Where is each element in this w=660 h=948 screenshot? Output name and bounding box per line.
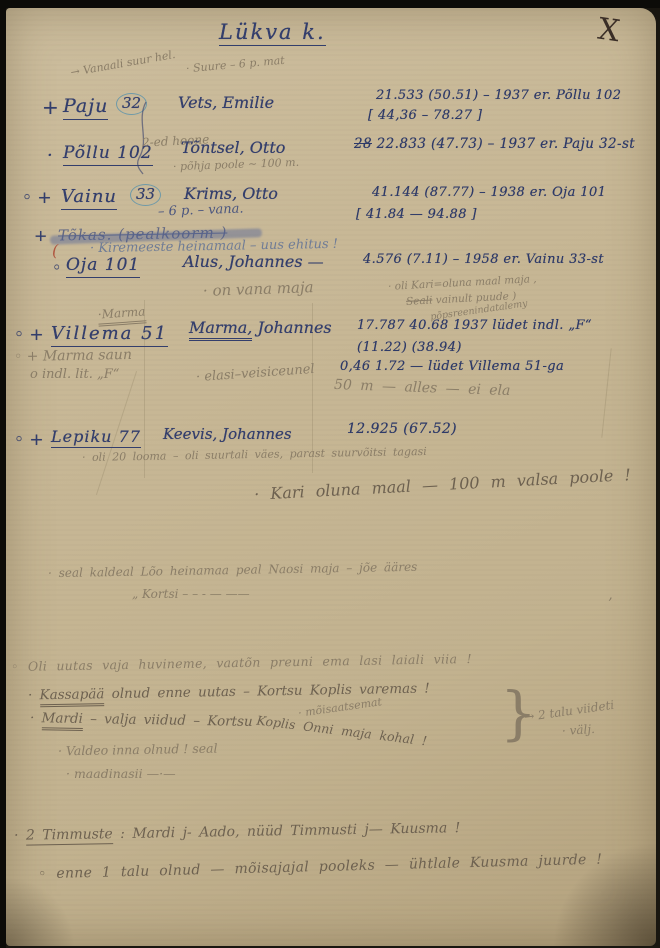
pencil-note: · mõisaatsemat <box>298 696 383 720</box>
figures: 41.144 (87.77) – 1938 er. Oja 101 <box>372 186 606 201</box>
pencil-note: · Valdeo inna olnud ! seal <box>58 742 218 759</box>
crease-line <box>601 348 611 438</box>
header-note: · Suure – 6 p. mat <box>186 55 286 76</box>
person-name: Marma, Johannes <box>189 319 332 337</box>
header-note: → Vanaali suur hel. <box>70 49 177 80</box>
entry-marker: ◦ + <box>14 431 44 451</box>
underlined-word: Kassapää <box>39 686 104 707</box>
person-name: Alus, Johannes — <box>183 253 324 271</box>
pencil-note: · elasi–veisiceunel <box>196 363 316 386</box>
underlined-word: Mardi <box>41 710 83 731</box>
pencil-note: „ Kortsi – – - — —— <box>132 588 250 602</box>
figures: 28 22.833 (47.73) – 1937 er. Paju 32-st <box>354 137 635 153</box>
pencil-note: · seal kaldeal Lõo heinamaa peal Naosi m… <box>48 561 418 581</box>
person-name: Tõntsel, Otto <box>181 139 285 157</box>
pencil-note: · maadinasii —·— <box>66 767 176 781</box>
farm-name-vainu: Vainu <box>61 187 117 210</box>
pencil-line-mardi: · Mardi – valja viidud – Kortsu <box>30 711 253 730</box>
entry-marker: ◦ <box>52 259 61 277</box>
farm-name-oja: Oja 101 <box>66 256 140 278</box>
pencil-note: ◦ + Marma saun <box>14 347 132 365</box>
person-name: Vets, Emilie <box>178 94 274 112</box>
figures: 0,46 1.72 — lüdet Villema 51-ga <box>340 360 564 375</box>
entry-marker: ◦ + <box>22 189 52 209</box>
struck-entry-marker: + <box>34 227 47 245</box>
figures: 4.576 (7.11) – 1958 er. Vainu 33-st <box>363 253 604 268</box>
figures: (11.22) (38.94) <box>357 341 462 356</box>
farm-name-pollu: Põllu 102 <box>63 144 153 166</box>
pencil-note: · on vana maja <box>203 279 314 300</box>
farm-number-circled: 33 <box>130 186 161 203</box>
farm-name-villema: Villema 51 <box>51 324 168 347</box>
pencil-line-timmuste: · 2 Timmuste : Mardi j- Aado, nüüd Timmu… <box>14 820 461 844</box>
farm-name-lepiku: Lepiku 77 <box>51 428 141 448</box>
figures: 21.533 (50.51) – 1937 er. Põllu 102 <box>376 89 621 104</box>
pencil-note: · välj. <box>562 723 596 739</box>
figures: 12.925 (67.52) <box>347 421 457 437</box>
scan-background: Lükva k. X → Vanaali suur hel. · Suure –… <box>0 0 660 948</box>
pencil-note: · oli 20 looma – oli suurtali väes, para… <box>82 446 427 465</box>
figures: [ 41.84 — 94.88 ] <box>356 208 477 223</box>
struck-number: 28 <box>354 136 372 152</box>
pencil-line-continuation: Koplis Onni maja kohal ! <box>256 714 428 749</box>
pencil-note-large: · Kari oluna maal — 100 m valsa poole ! <box>254 466 632 504</box>
page-title: Lükva k. <box>219 20 326 46</box>
pencil-line-final: ◦ enne 1 talu olnud — mõisajajal pooleks… <box>38 852 603 883</box>
pencil-paragraph: ◦ Oli uutas vaja huvineme, vaatõn preuni… <box>11 652 472 674</box>
paper-page: Lükva k. X → Vanaali suur hel. · Suure –… <box>6 8 656 946</box>
pencil-note: 50 m — alles — ei ela <box>334 377 511 399</box>
note-age: – 6 p. – vana. <box>158 203 244 221</box>
entry-marker: ◦ + <box>14 326 44 346</box>
struck-word: Seali <box>406 295 433 308</box>
corner-x-mark: X <box>596 13 622 50</box>
person-name: Krims, Otto <box>184 185 278 203</box>
underlined-word: 2 Timmuste <box>26 826 113 846</box>
pencil-note: o indl. lit. „F“ <box>30 368 119 383</box>
farm-name-paju: Paju <box>63 96 108 120</box>
pencil-note: → 2 talu viideti <box>523 699 615 725</box>
pencil-mark: ’ <box>608 596 612 612</box>
person-name: Keevis, Johannes <box>163 426 292 443</box>
entry-marker: + <box>42 96 59 119</box>
entry-marker: · <box>47 146 53 167</box>
figures: 17.787 40.68 1937 lüdet indl. „F“ <box>357 319 592 334</box>
figures: [ 44,36 – 78.27 ] <box>368 109 482 124</box>
pencil-note: · põhja poole ~ 100 m. <box>173 157 300 174</box>
underlined-surname: Marma, <box>189 318 252 341</box>
